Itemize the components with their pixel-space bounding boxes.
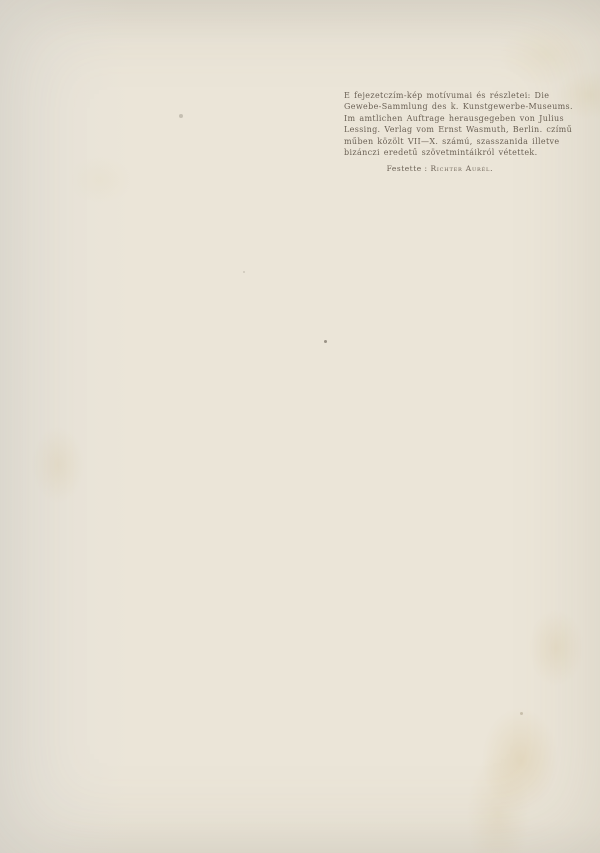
scanned-page: E fejezetczím-kép motívumai és részletei… [0, 0, 600, 853]
note-line: Lessing. Verlag vom Ernst Wasmuth, Berli… [344, 124, 536, 135]
paper-speck [324, 340, 327, 343]
credit-line: Festette : Richter Aurél. [344, 164, 536, 173]
printed-note: E fejezetczím-kép motívumai és részletei… [344, 90, 536, 158]
note-line: Im amtlichen Auftrage herausgegeben von … [344, 113, 536, 124]
note-line: műben közölt VII—X. számú, szasszanida i… [344, 136, 536, 147]
note-line: Gewebe-Sammlung des k. Kunstgewerbe-Muse… [344, 101, 536, 112]
paper-speck [243, 271, 245, 273]
paper-speck [520, 712, 523, 715]
credit-name: Richter Aurél. [430, 164, 493, 173]
paper-speck [179, 114, 183, 118]
note-line: bizánczi eredetű szövetmintáikról vétett… [344, 147, 536, 158]
credit-label: Festette : [387, 164, 428, 173]
note-line: E fejezetczím-kép motívumai és részletei… [344, 90, 536, 101]
